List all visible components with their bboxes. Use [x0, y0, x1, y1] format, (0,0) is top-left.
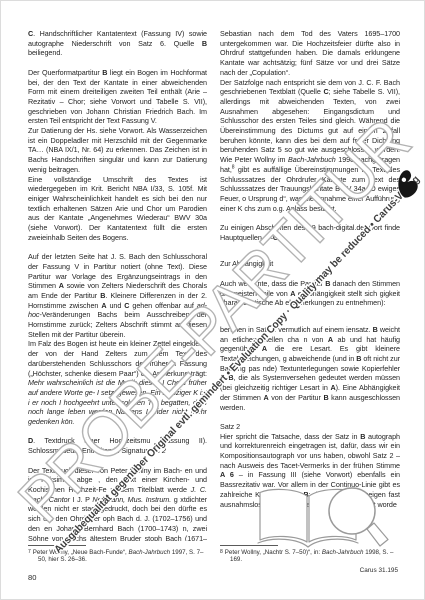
section-heading-abhaengigkeit: Zur Abhängigkeit [220, 259, 400, 269]
footnote-8: 8Peter Wollny, „Nachtr S. 7–50)“, in: Ba… [220, 545, 400, 564]
edition-number: Carus 31.195 [360, 567, 398, 574]
paragraph-datierung: Zur Datierung der Hs. siehe Vorwort. Als… [28, 126, 207, 175]
footnote-rule [28, 545, 86, 546]
paragraph-satz2: Hier spricht die Tatsache, dass der Satz… [220, 432, 400, 510]
paragraph-sebastian: Sebastian nach dem Tod des Vaters 1695–1… [220, 29, 400, 78]
paragraph-source-c: C. Handschriftlicher Kantatentext (Fassu… [28, 29, 207, 58]
paragraph-abschriften: Zu einigen Abschriften des 19 bach-digit… [220, 223, 400, 242]
paragraph-querformat: Der Querformatpartitur B liegt ein Bogen… [28, 68, 207, 126]
paragraph-source-d: D. Textdruck einer Hochzeitsmu (Fassung … [28, 436, 207, 455]
paragraph-schlusschoral: Auf der letzten Seite hat J. S. Bach den… [28, 252, 207, 339]
section-heading-satz2: Satz 2 [220, 422, 400, 432]
page-number: 80 [28, 573, 36, 582]
paragraph-umschrift: Eine vollständige Umschrift des Textes i… [28, 175, 207, 243]
paragraph-textdruck: Der Textdruck dieser von Peter Wollny im… [28, 466, 207, 541]
document-page: C. Handschriftlicher Kantatentext (Fassu… [0, 0, 425, 600]
footnote-text: Peter Wollny, „Nachtr S. 7–50)“, in: Bac… [225, 549, 394, 564]
footnote-marker: 8 [220, 549, 223, 555]
footnote-text: Peter Wollny, „Neue Bach-Funde“, Bach-Ja… [33, 549, 204, 564]
footnote-marker: 7 [28, 549, 31, 555]
right-column: Sebastian nach dem Tod des Vaters 1695–1… [220, 29, 400, 541]
footnote-rule [220, 545, 278, 546]
paragraph-zettel: Im Falz des Bogen ist heute ein kleiner … [28, 339, 207, 426]
left-column: C. Handschriftlicher Kantatentext (Fassu… [28, 29, 207, 541]
paragraph-auch-wenn: Auch wenn nte, dass die Partitur B danac… [220, 279, 400, 308]
footnote-7: 7Peter Wollny, „Neue Bach-Funde“, Bach-J… [28, 545, 208, 564]
paragraph-satz1: beruhen in Satz 1 vermutlich auf einem i… [220, 325, 400, 412]
paragraph-satzfolge: Der Satzfolge nach entspricht sie dem vo… [220, 78, 400, 214]
